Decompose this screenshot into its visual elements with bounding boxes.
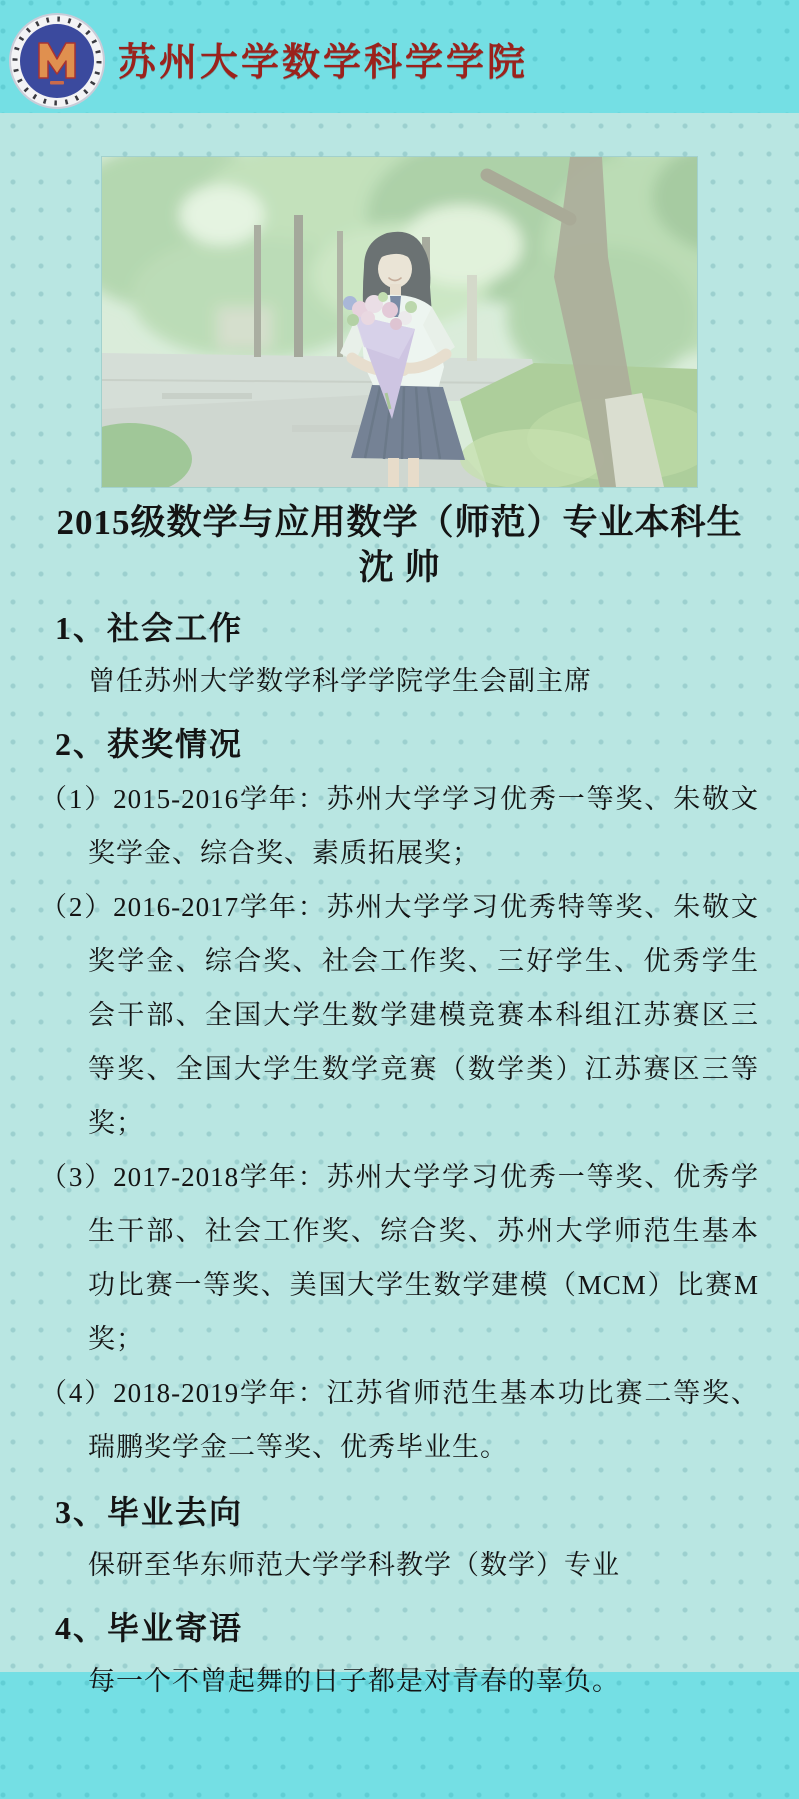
header-title: 苏州大学数学科学学院 — [118, 31, 528, 86]
poster-page: 苏州大学数学科学学院 — [0, 0, 799, 1799]
section-heading-destination: 3、毕业去向 — [55, 1490, 759, 1534]
content-panel: 2015级数学与应用数学（师范）专业本科生 沈 帅 1、社会工作 曾任苏州大学数… — [0, 113, 799, 1672]
profile-name: 沈 帅 — [0, 545, 799, 590]
section-heading-awards: 2、获奖情况 — [55, 722, 759, 766]
section-heading-social-work: 1、社会工作 — [55, 606, 759, 650]
profile-title: 2015级数学与应用数学（师范）专业本科生 — [0, 500, 799, 545]
sections: 1、社会工作 曾任苏州大学数学科学学院学生会副主席 2、获奖情况 （1）2015… — [0, 606, 799, 1706]
award-item-1: （1）2015-2016学年：苏州大学学习优秀一等奖、朱敬文奖学金、综合奖、素质… — [40, 772, 759, 880]
section-body-destination: 保研至华东师范大学学科教学（数学）专业 — [88, 1540, 759, 1590]
university-logo — [8, 12, 106, 110]
award-item-2: （2）2016-2017学年：苏州大学学习优秀特等奖、朱敬文奖学金、综合奖、社会… — [40, 880, 759, 1150]
header-bar: 苏州大学数学科学学院 — [0, 0, 799, 113]
award-item-4: （4）2018-2019学年：江苏省师范生基本功比赛二等奖、瑞鹏奖学金二等奖、优… — [40, 1366, 759, 1474]
award-item-3: （3）2017-2018学年：苏州大学学习优秀一等奖、优秀学生干部、社会工作奖、… — [40, 1150, 759, 1366]
profile-title-block: 2015级数学与应用数学（师范）专业本科生 沈 帅 — [0, 500, 799, 590]
section-body-message: 每一个不曾起舞的日子都是对青春的辜负。 — [88, 1656, 759, 1706]
graduation-photo — [102, 157, 697, 487]
section-heading-message: 4、毕业寄语 — [55, 1606, 759, 1650]
section-body-social-work: 曾任苏州大学数学科学学院学生会副主席 — [88, 656, 759, 706]
